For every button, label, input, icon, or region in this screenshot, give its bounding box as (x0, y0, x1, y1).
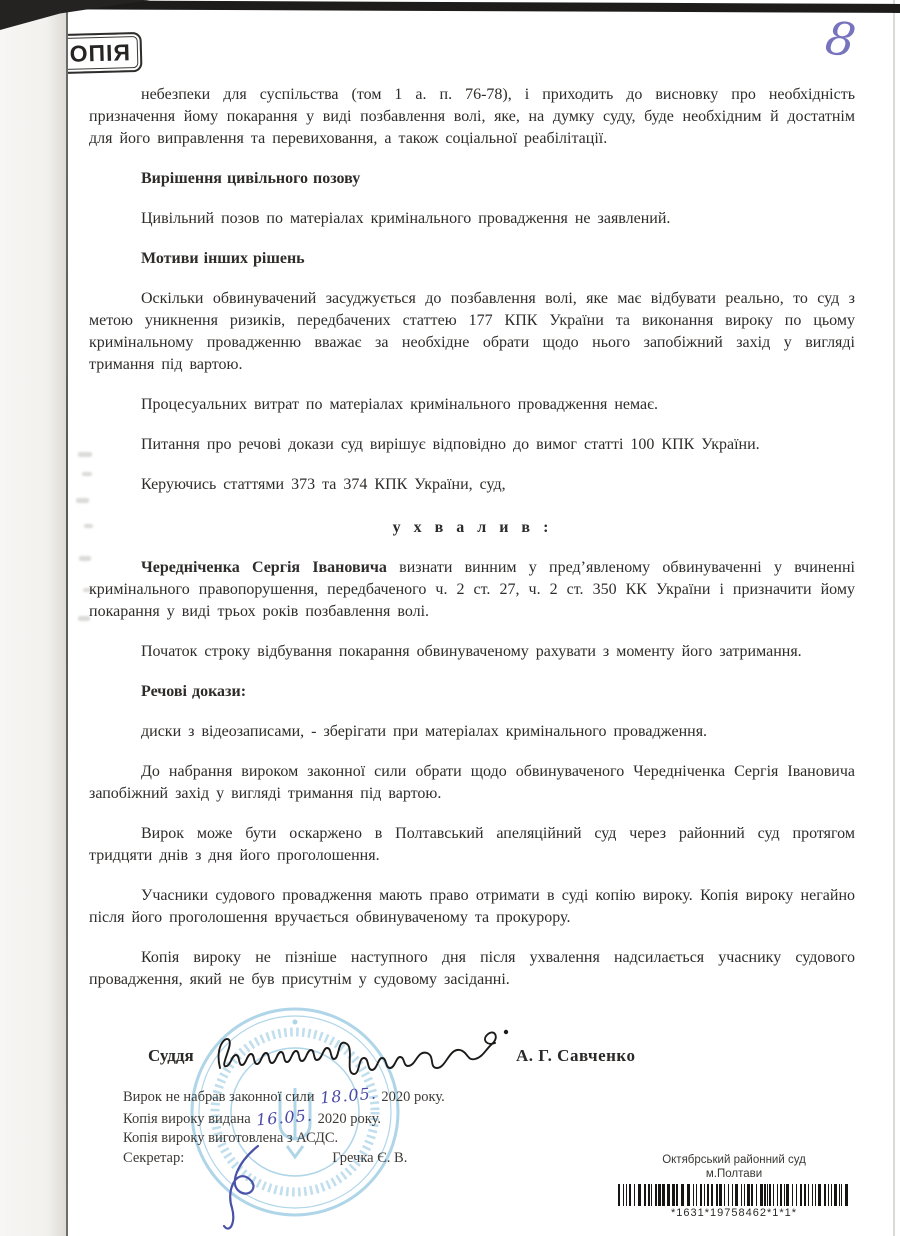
cert-line-copy-issued: Копія вироку видана16.05.2020 року. (123, 1108, 445, 1130)
paragraph-costs: Процесуальних витрат по матеріалах кримі… (89, 394, 855, 416)
paragraph-term-start: Початок строку відбування покарання обви… (89, 641, 855, 663)
verdict-text: небезпеки для суспільства (том 1 а. п. 7… (89, 84, 855, 1009)
cert-line-asds: Копія вироку виготовлена з АСДС. (123, 1129, 445, 1149)
cert-line-legal-force: Вирок не набрав законної сили18.05.2020 … (123, 1086, 445, 1108)
scan-right-edge (893, 0, 895, 1236)
paragraph-guided-by: Керуючись статтями 373 та 374 КПК Україн… (89, 474, 855, 496)
page-fold-line (66, 6, 68, 1236)
barcode-number: *1631*19758462*1*1* (667, 1206, 801, 1220)
cert-line2-text: Копія вироку видана (123, 1111, 251, 1127)
paragraph-appeal: Вирок може бути оскаржено в Полтавський … (89, 823, 855, 867)
scan-left-page-margin (0, 0, 66, 1236)
judge-name: А. Г. Савченко (516, 1046, 635, 1066)
secretary-signature (218, 1140, 282, 1236)
heading-civil-claim: Вирішення цивільного позову (89, 168, 855, 190)
paragraph-intro: небезпеки для суспільства (том 1 а. п. 7… (89, 84, 855, 150)
copy-stamp-label: ОПІЯ (69, 39, 131, 68)
cert-line1-text: Вирок не набрав законної сили (123, 1089, 315, 1105)
court-city: м.Полтави (575, 1167, 893, 1181)
paragraph-custody: До набрання вироком законної сили обрати… (89, 761, 855, 805)
court-barcode-label: Октябрський районний суд м.Полтави *1631… (575, 1153, 893, 1220)
cert-line1-year: 2020 року. (381, 1089, 444, 1105)
cert-line-secretary: Секретар:Гречка Є. В. (123, 1149, 445, 1169)
barcode (575, 1184, 893, 1206)
scan-smudge (76, 498, 89, 503)
heading-other-motives: Мотиви інших рішень (89, 248, 855, 270)
defendant-name: Чередніченка Сергія Івановича (141, 559, 387, 576)
handwritten-page-number: 8 (822, 10, 859, 68)
cert-line2-year: 2020 року. (318, 1111, 381, 1127)
heading-resolved: у х в а л и в : (89, 517, 855, 539)
certification-block: Вирок не набрав законної сили18.05.2020 … (123, 1086, 445, 1168)
secretary-label: Секретар: (123, 1150, 184, 1166)
paragraph-evidence-question: Питання про речові докази суд вирішує ві… (89, 434, 855, 456)
handwritten-date-copy-issued: 16.05. (255, 1105, 313, 1129)
paragraph-civil-claim: Цивільний позов по матеріалах кримінальн… (89, 208, 855, 230)
heading-material-evidence: Речові докази: (89, 681, 855, 703)
paragraph-copy-right: Учасники судового провадження мають прав… (89, 885, 855, 929)
paragraph-disks: диски з відеозаписами, - зберігати при м… (89, 721, 855, 743)
copy-stamp: ОПІЯ (57, 32, 142, 74)
secretary-name: Гречка Є. В. (332, 1150, 407, 1166)
judge-label: Суддя (148, 1046, 194, 1066)
judge-signature (208, 1020, 520, 1082)
paragraph-copy-absent: Копія вироку не пізніше наступного дня п… (89, 947, 855, 991)
paragraph-resolution: Чередніченка Сергія Івановича визнати ви… (89, 557, 855, 623)
paragraph-motives: Оскільки обвинувачений засуджується до п… (89, 288, 855, 376)
handwritten-date-legal-force: 18.05. (319, 1084, 377, 1108)
court-name: Октябрський районний суд (575, 1153, 893, 1167)
